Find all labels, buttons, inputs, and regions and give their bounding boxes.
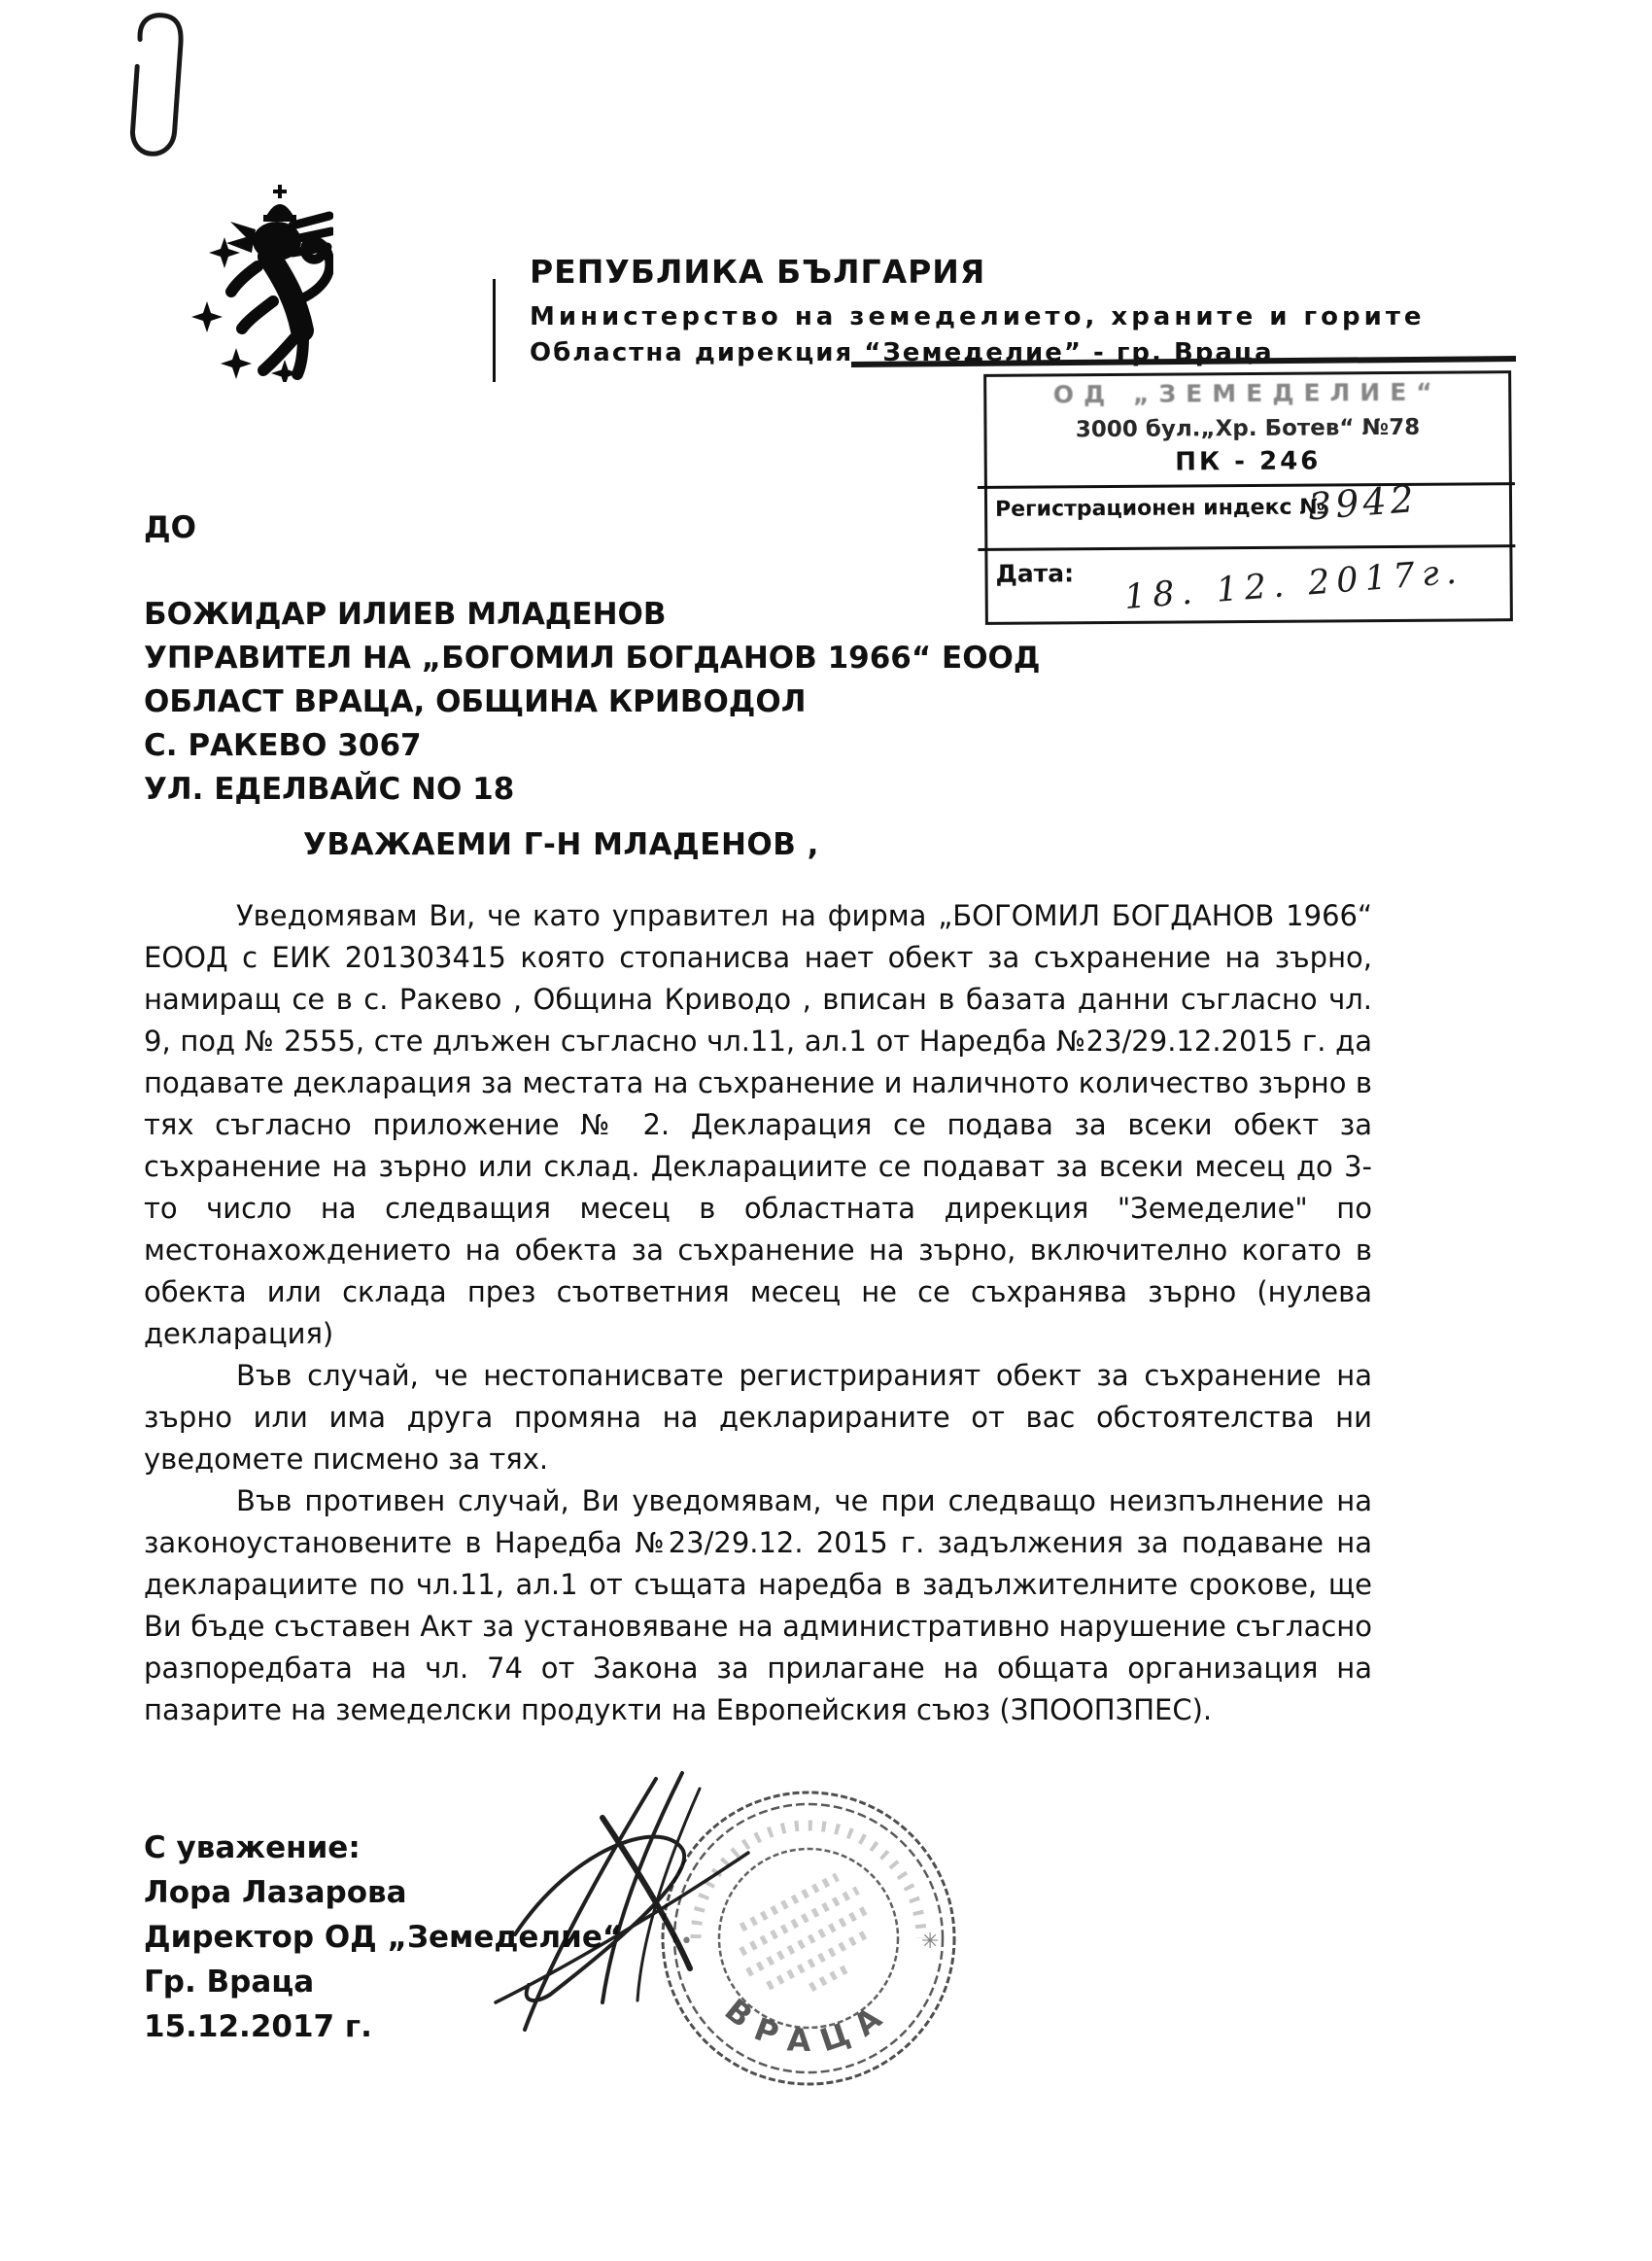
body-paragraph-2: Във случай, че нестопанисвате регистрира… (144, 1355, 1372, 1480)
stamp-divider (978, 482, 1515, 489)
recipient-village: С. РАКЕВО 3067 (144, 724, 1041, 768)
header-divider (493, 279, 496, 382)
stamp-pobox-line: ПК - 246 (987, 445, 1509, 478)
stamp-office-line: ОД „ЗЕМЕДЕЛИЕ“ (986, 377, 1508, 409)
coat-of-arms-lion-icon (188, 183, 333, 382)
stamp-date-value-handwritten: 18. 12. 2017г. (1123, 552, 1465, 617)
body-paragraph-1: Уведомявам Ви, че като управител на фирм… (144, 895, 1372, 1355)
recipient-name: БОЖИДАР ИЛИЕВ МЛАДЕНОВ (144, 593, 1041, 637)
header-republic: РЕПУБЛИКА БЪЛГАРИЯ (530, 253, 1463, 291)
recipient-role: УПРАВИТЕЛ НА „БОГОМИЛ БОГДАНОВ 1966“ ЕОО… (144, 637, 1041, 680)
recipient-to: ДО (144, 510, 196, 545)
seal-right-mark: ✳ (921, 1930, 939, 1954)
registration-stamp-box: ОД „ЗЕМЕДЕЛИЕ“ 3000 бул.„Хр. Ботев“ №78 … (983, 370, 1513, 625)
scanned-letter-page: РЕПУБЛИКА БЪЛГАРИЯ Министерство на земед… (0, 0, 1652, 2261)
header-ministry: Министерство на земеделието, храните и г… (530, 302, 1463, 331)
letterhead: РЕПУБЛИКА БЪЛГАРИЯ Министерство на земед… (530, 253, 1463, 367)
recipient-region: ОБЛАСТ ВРАЦА, ОБЩИНА КРИВОДОЛ (144, 680, 1041, 724)
paperclip-icon (109, 5, 209, 191)
recipient-street: УЛ. ЕДЕЛВАЙС NO 18 (144, 768, 1041, 812)
salutation: УВАЖАЕМИ Г-Н МЛАДЕНОВ , (303, 827, 819, 862)
recipient-block: БОЖИДАР ИЛИЕВ МЛАДЕНОВ УПРАВИТЕЛ НА „БОГ… (144, 593, 1041, 812)
stamp-date-label: Дата: (995, 559, 1074, 588)
stamp-divider (978, 544, 1515, 551)
body-paragraph-3: Във противен случай, Ви уведомявам, че п… (144, 1480, 1372, 1731)
letter-body: Уведомявам Ви, че като управител на фирм… (144, 895, 1372, 1731)
stamp-index-value-handwritten: 3942 (1307, 477, 1420, 529)
signature-scribble (457, 1759, 865, 2061)
stamp-address-line: 3000 бул.„Хр. Ботев“ №78 (986, 414, 1508, 443)
stamp-index-label: Регистрационен индекс № (995, 495, 1325, 521)
